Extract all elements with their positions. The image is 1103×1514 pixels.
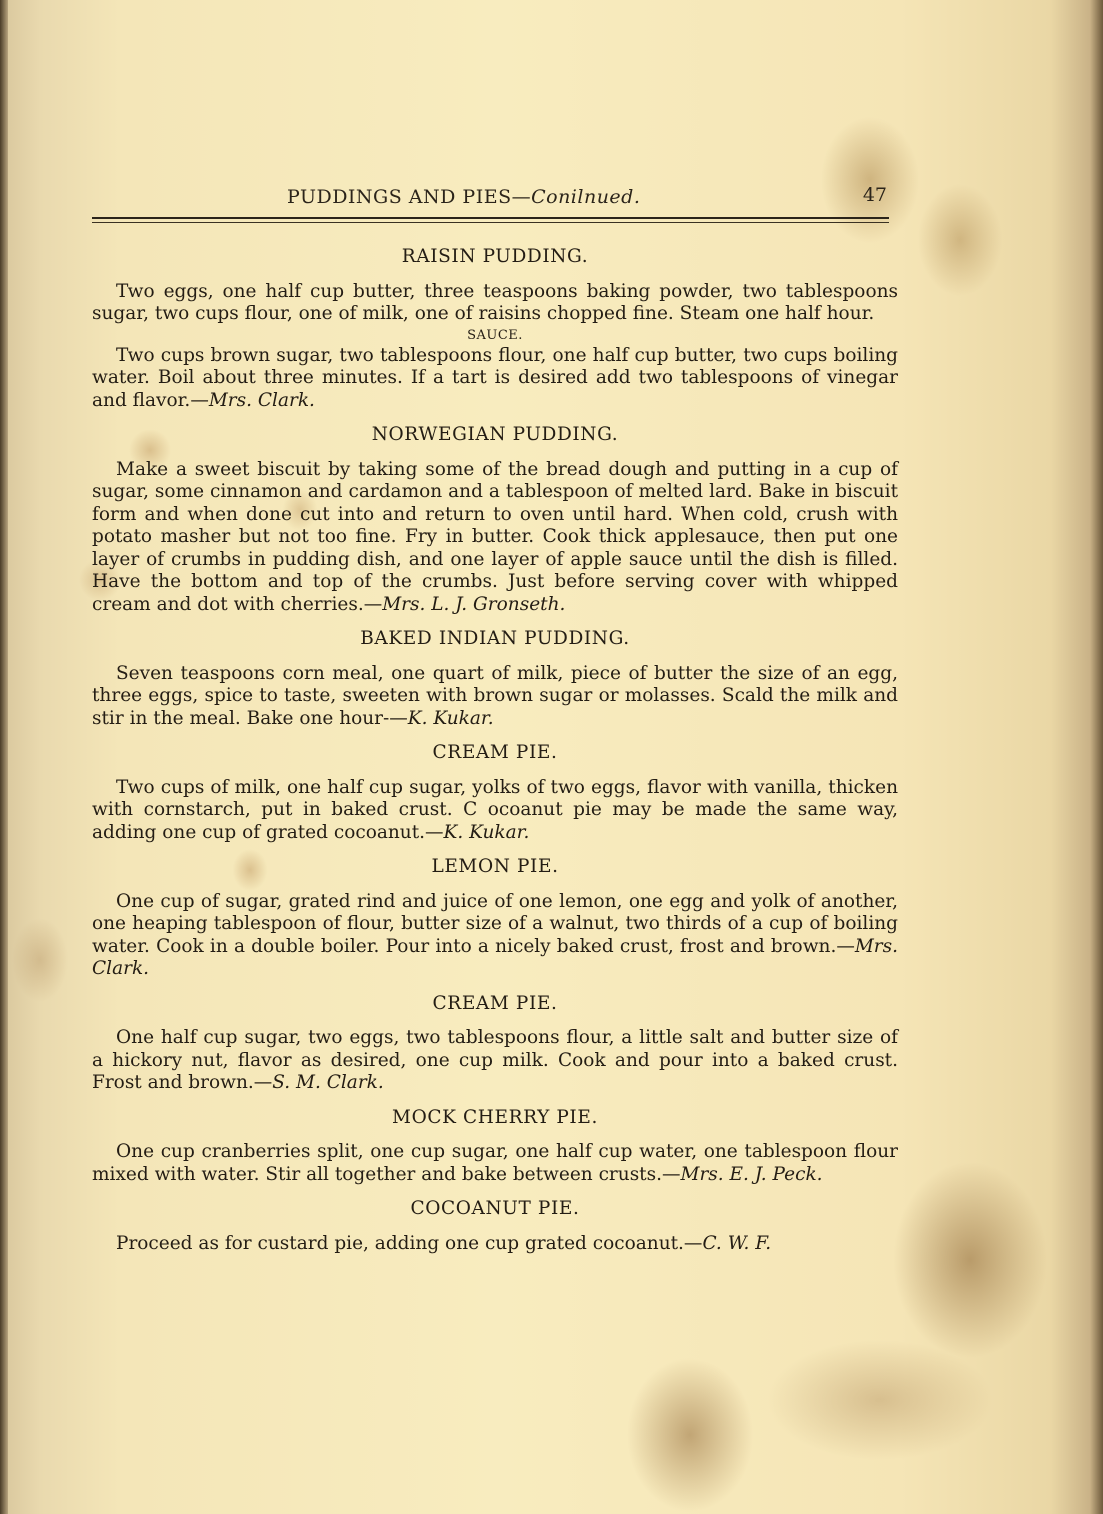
recipe-body: One cup cranberries split, one cup sugar… [92,1141,898,1186]
recipe-title: CREAM PIE. [92,993,898,1016]
recipe-title: NORWEGIAN PUDDING. [92,424,898,447]
recipe-body: Seven teaspoons corn meal, one quart of … [92,663,898,731]
recipe-author: S. M. Clark. [272,1072,384,1093]
recipe-text: Two eggs, one half cup butter, three tea… [92,281,898,325]
recipe-author: K. Kukar. [444,822,530,843]
recipe-text: Make a sweet biscuit by taking some of t… [92,459,898,615]
recipe-title: MOCK CHERRY PIE. [92,1107,898,1130]
recipe-raisin-pudding: RAISIN PUDDING. Two eggs, one half cup b… [92,246,898,412]
recipe-title: RAISIN PUDDING. [92,246,898,269]
recipe-author: Mrs. Clark. [209,390,315,411]
recipe-author: Mrs. L. J. Gronseth. [382,594,565,615]
recipe-baked-indian-pudding: BAKED INDIAN PUDDING. Seven teaspoons co… [92,628,898,730]
recipe-cocoanut-pie: COCOANUT PIE. Proceed as for custard pie… [92,1198,898,1255]
page-number: 47 [863,184,887,206]
recipe-lemon-pie: LEMON PIE. One cup of sugar, grated rind… [92,856,898,981]
header-rule-thin [92,222,889,223]
running-head-text: PUDDINGS AND PIES— [287,186,531,208]
recipe-norwegian-pudding: NORWEGIAN PUDDING. Make a sweet biscuit … [92,424,898,616]
recipe-list: RAISIN PUDDING. Two eggs, one half cup b… [92,246,898,1267]
recipe-body: One half cup sugar, two eggs, two tables… [92,1027,898,1095]
sauce-heading: SAUCE. [92,327,898,345]
recipe-mock-cherry-pie: MOCK CHERRY PIE. One cup cranberries spl… [92,1107,898,1187]
recipe-text: Seven teaspoons corn meal, one quart of … [92,663,898,729]
recipe-title: COCOANUT PIE. [92,1198,898,1221]
recipe-text: Proceed as for custard pie, adding one c… [116,1233,702,1254]
page-header: PUDDINGS AND PIES—Conilnued. 47 [92,180,889,214]
recipe-body: Two eggs, one half cup butter, three tea… [92,281,898,326]
running-head: PUDDINGS AND PIES—Conilnued. [287,186,640,208]
book-binding-edge [0,0,8,1514]
recipe-title: BAKED INDIAN PUDDING. [92,628,898,651]
recipe-body: One cup of sugar, grated rind and juice … [92,891,898,981]
recipe-cream-pie-1: CREAM PIE. Two cups of milk, one half cu… [92,742,898,844]
running-head-continued: Conilnued. [531,186,640,208]
recipe-text: One cup of sugar, grated rind and juice … [92,891,898,957]
recipe-title: LEMON PIE. [92,856,898,879]
recipe-body: Make a sweet biscuit by taking some of t… [92,459,898,617]
recipe-author: K. Kukar. [408,708,494,729]
sauce-body: Two cups brown sugar, two tablespoons fl… [92,345,898,413]
header-rule-thick [92,217,889,219]
recipe-body: Two cups of milk, one half cup sugar, yo… [92,777,898,845]
recipe-title: CREAM PIE. [92,742,898,765]
book-page: PUDDINGS AND PIES—Conilnued. 47 RAISIN P… [0,0,1103,1514]
recipe-author: C. W. F. [702,1233,771,1254]
recipe-cream-pie-2: CREAM PIE. One half cup sugar, two eggs,… [92,993,898,1095]
recipe-body: Proceed as for custard pie, adding one c… [92,1233,898,1256]
recipe-text: One half cup sugar, two eggs, two tables… [92,1027,898,1093]
recipe-author: Mrs. E. J. Peck. [681,1164,823,1185]
